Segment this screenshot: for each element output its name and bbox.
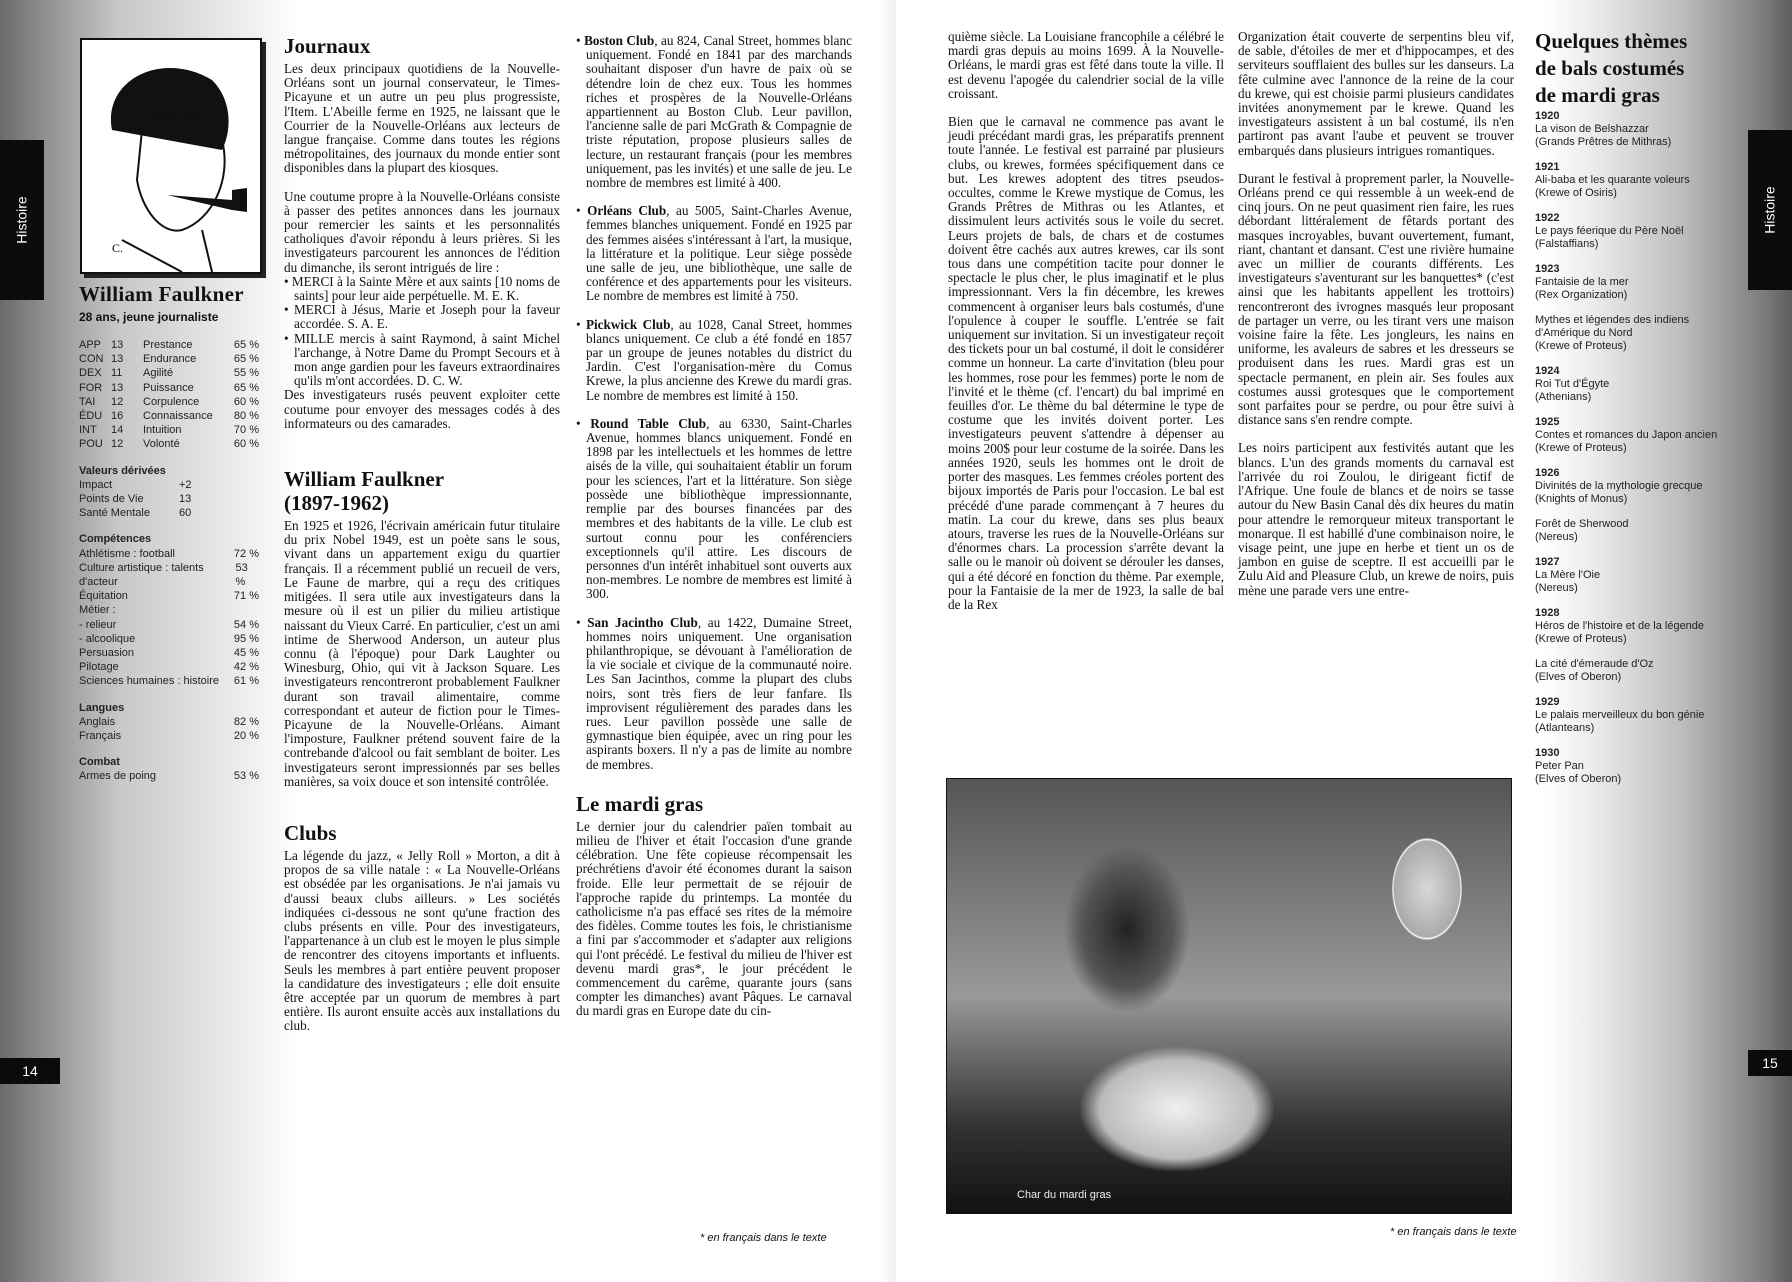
characteristic-val: 13 xyxy=(111,352,143,366)
heading-mardi-gras: Le mardi gras xyxy=(576,792,852,816)
characteristic-label: Intuition xyxy=(143,423,223,437)
theme-item: 1924Roi Tut d'Égyte(Athenians) xyxy=(1535,365,1730,404)
skills-pct: 53 % xyxy=(235,561,259,589)
page-number-left: 14 xyxy=(0,1058,60,1084)
theme-item: 1922Le pays féerique du Père Noël(Falsta… xyxy=(1535,212,1730,251)
page-number-right: 15 xyxy=(1748,1050,1792,1076)
theme-item: 1923Fantaisie de la mer(Rex Organization… xyxy=(1535,263,1730,302)
skills-row: Équitation71 % xyxy=(79,589,259,603)
clubs-intro: La légende du jazz, « Jelly Roll » Morto… xyxy=(284,849,560,1034)
derived-row: Points de Vie13 xyxy=(79,492,259,506)
theme-name: Ali-baba et les quarante voleurs xyxy=(1535,174,1730,187)
column-clubs-list: Boston Club, au 824, Canal Street, homme… xyxy=(576,34,852,1033)
theme-krewe: (Nereus) xyxy=(1535,582,1730,595)
club-entry: Round Table Club, au 6330, Saint-Charles… xyxy=(576,417,852,602)
theme-item: 1921Ali-baba et les quarante voleurs(Kre… xyxy=(1535,161,1730,200)
character-subtitle: 28 ans, jeune journaliste xyxy=(79,310,218,324)
skills-label: Persuasion xyxy=(79,646,134,660)
theme-name: La Mère l'Oie xyxy=(1535,569,1730,582)
theme-name: La cité d'émeraude d'Oz xyxy=(1535,658,1730,671)
club-name: Round Table Club xyxy=(590,416,706,431)
derived-row: Impact+2 xyxy=(79,478,259,492)
characteristic-row: APP13Prestance65 % xyxy=(79,338,259,352)
characteristic-pct: 60 % xyxy=(223,395,259,409)
characteristic-abbr: DEX xyxy=(79,366,111,380)
skills-label: - relieur xyxy=(79,618,116,632)
theme-item: 1925Contes et romances du Japon ancien(K… xyxy=(1535,416,1730,455)
mardi-gras-text: Le dernier jour du calendrier païen tomb… xyxy=(576,820,852,1019)
skills-label: Équitation xyxy=(79,589,128,603)
skills-row: Athlétisme : football72 % xyxy=(79,547,259,561)
characteristic-label: Prestance xyxy=(143,338,223,352)
club-entry: San Jacintho Club, au 1422, Dumaine Stre… xyxy=(576,616,852,772)
characteristic-val: 14 xyxy=(111,423,143,437)
journaux-ads-list: MERCI à la Sainte Mère et aux saints [10… xyxy=(284,275,560,389)
derived-value: 60 xyxy=(179,506,219,520)
characteristic-pct: 65 % xyxy=(223,352,259,366)
journaux-paragraph: Les deux principaux quotidiens de la Nou… xyxy=(284,62,560,176)
combat-title: Combat xyxy=(79,755,259,769)
theme-name: Peter Pan xyxy=(1535,760,1730,773)
characteristic-row: TAI12Corpulence60 % xyxy=(79,395,259,409)
characteristic-pct: 55 % xyxy=(223,366,259,380)
portrait-sketch-icon: C. xyxy=(82,40,260,272)
club-description: , au 5005, Saint-Charles Avenue, femmes … xyxy=(586,203,852,303)
theme-krewe: (Krewe of Proteus) xyxy=(1535,340,1730,353)
theme-year: 1928 xyxy=(1535,607,1730,620)
characteristic-row: DEX11Agilité55 % xyxy=(79,366,259,380)
theme-krewe: (Falstaffians) xyxy=(1535,238,1730,251)
characteristic-abbr: POU xyxy=(79,437,111,451)
theme-name: Contes et romances du Japon ancien xyxy=(1535,429,1730,442)
characteristic-label: Volonté xyxy=(143,437,223,451)
theme-krewe: (Elves of Oberon) xyxy=(1535,671,1730,684)
characteristic-abbr: CON xyxy=(79,352,111,366)
club-entry: Pickwick Club, au 1028, Canal Street, ho… xyxy=(576,318,852,403)
skills-label: Culture artistique : talents d'acteur xyxy=(79,561,235,589)
mardi-gras-text: Organization était couverte de serpentin… xyxy=(1238,30,1514,158)
mardi-gras-text: Les noirs participent aux festivités aut… xyxy=(1238,441,1514,597)
characteristic-label: Corpulence xyxy=(143,395,223,409)
characteristic-pct: 80 % xyxy=(223,409,259,423)
column-mardi-gras-1: quième siècle. La Louisiane francophile … xyxy=(948,30,1224,626)
ad-item: MERCI à la Sainte Mère et aux saints [10… xyxy=(284,275,560,303)
faulkner-bio-text: En 1925 et 1926, l'écrivain américain fu… xyxy=(284,519,560,789)
skills-label: Pilotage xyxy=(79,660,119,674)
skills-row: Culture artistique : talents d'acteur53 … xyxy=(79,561,259,589)
skills-pct: 95 % xyxy=(234,632,259,646)
characteristic-abbr: APP xyxy=(79,338,111,352)
footnote-left: * en français dans le texte xyxy=(700,1232,827,1244)
characteristic-pct: 70 % xyxy=(223,423,259,437)
characteristic-abbr: FOR xyxy=(79,381,111,395)
left-page: Histoire 14 C. William Faulkner 28 ans, … xyxy=(0,0,896,1282)
ad-item: MILLE mercis à saint Raymond, à saint Mi… xyxy=(284,332,560,389)
theme-krewe: (Nereus) xyxy=(1535,531,1730,544)
derived-label: Impact xyxy=(79,478,179,492)
theme-item: Forêt de Sherwood(Nereus) xyxy=(1535,518,1730,544)
faulkner-portrait: C. xyxy=(80,38,262,274)
journaux-paragraph: Une coutume propre à la Nouvelle-Orléans… xyxy=(284,190,560,275)
club-name: Orléans Club xyxy=(587,203,666,218)
theme-krewe: (Krewe of Proteus) xyxy=(1535,442,1730,455)
themes-list: 1920La vison de Belshazzar(Grands Prêtre… xyxy=(1535,110,1730,798)
languages-title: Langues xyxy=(79,701,259,715)
mardi-gras-text: quième siècle. La Louisiane francophile … xyxy=(948,30,1224,101)
theme-year: 1921 xyxy=(1535,161,1730,174)
characteristic-label: Puissance xyxy=(143,381,223,395)
theme-year: 1922 xyxy=(1535,212,1730,225)
theme-name: Mythes et légendes des indiens d'Amériqu… xyxy=(1535,314,1730,340)
club-entry: Orléans Club, au 5005, Saint-Charles Ave… xyxy=(576,204,852,303)
languages-label: Français xyxy=(79,729,121,743)
characteristic-abbr: TAI xyxy=(79,395,111,409)
skills-pct: 45 % xyxy=(234,646,259,660)
skills-pct: 71 % xyxy=(234,589,259,603)
character-stats: APP13Prestance65 %CON13Endurance65 %DEX1… xyxy=(79,338,259,784)
theme-year: 1926 xyxy=(1535,467,1730,480)
characteristic-abbr: ÉDU xyxy=(79,409,111,423)
club-description: , au 824, Canal Street, hommes blanc uni… xyxy=(586,33,852,190)
skills-label: Sciences humaines : histoire xyxy=(79,674,219,688)
theme-krewe: (Elves of Oberon) xyxy=(1535,773,1730,786)
combat-label: Armes de poing xyxy=(79,769,156,783)
derived-label: Points de Vie xyxy=(79,492,179,506)
skills-label: Métier : xyxy=(79,603,116,617)
derived-row: Santé Mentale60 xyxy=(79,506,259,520)
theme-name: Roi Tut d'Égyte xyxy=(1535,378,1730,391)
theme-year: 1930 xyxy=(1535,747,1730,760)
characteristic-row: ÉDU16Connaissance80 % xyxy=(79,409,259,423)
section-tab-left: Histoire xyxy=(0,140,44,300)
mardi-gras-text: Bien que le carnaval ne commence pas ava… xyxy=(948,115,1224,612)
theme-name: La vison de Belshazzar xyxy=(1535,123,1730,136)
characteristic-pct: 65 % xyxy=(223,338,259,352)
ad-item: MERCI à Jésus, Marie et Joseph pour la f… xyxy=(284,303,560,331)
languages-pct: 82 % xyxy=(234,715,259,729)
characteristic-val: 13 xyxy=(111,381,143,395)
theme-krewe: (Krewe of Osiris) xyxy=(1535,187,1730,200)
theme-year: 1927 xyxy=(1535,556,1730,569)
theme-name: Fantaisie de la mer xyxy=(1535,276,1730,289)
heading-journaux: Journaux xyxy=(284,34,560,58)
theme-year: 1923 xyxy=(1535,263,1730,276)
heading-faulkner: William Faulkner xyxy=(284,467,560,491)
characteristic-val: 12 xyxy=(111,395,143,409)
theme-krewe: (Atlanteans) xyxy=(1535,722,1730,735)
skills-pct: 72 % xyxy=(234,547,259,561)
skills-pct: 42 % xyxy=(234,660,259,674)
characteristic-row: FOR13Puissance65 % xyxy=(79,381,259,395)
languages-row: Anglais82 % xyxy=(79,715,259,729)
photo-caption: Char du mardi gras xyxy=(1017,1189,1111,1201)
theme-name: Forêt de Sherwood xyxy=(1535,518,1730,531)
theme-item: 1920La vison de Belshazzar(Grands Prêtre… xyxy=(1535,110,1730,149)
skills-row: - alcoolique95 % xyxy=(79,632,259,646)
theme-krewe: (Krewe of Proteus) xyxy=(1535,633,1730,646)
club-name: Boston Club xyxy=(584,33,654,48)
characteristic-val: 11 xyxy=(111,366,143,380)
theme-item: La cité d'émeraude d'Oz(Elves of Oberon) xyxy=(1535,658,1730,684)
languages-row: Français20 % xyxy=(79,729,259,743)
skills-row: Métier : xyxy=(79,603,259,617)
character-name: William Faulkner xyxy=(79,282,244,307)
column-mardi-gras-2: Organization était couverte de serpentin… xyxy=(1238,30,1514,612)
theme-item: 1927La Mère l'Oie(Nereus) xyxy=(1535,556,1730,595)
derived-value: +2 xyxy=(179,478,219,492)
theme-item: 1926Divinités de la mythologie grecque(K… xyxy=(1535,467,1730,506)
languages-label: Anglais xyxy=(79,715,115,729)
themes-title: Quelques thèmes de bals costumés de mard… xyxy=(1535,28,1710,109)
derived-title: Valeurs dérivées xyxy=(79,464,259,478)
svg-text:C.: C. xyxy=(112,241,123,255)
journaux-paragraph: Des investigateurs rusés peuvent exploit… xyxy=(284,388,560,431)
section-tab-right: Histoire xyxy=(1748,130,1792,290)
theme-item: 1929Le palais merveilleux du bon génie(A… xyxy=(1535,696,1730,735)
combat-row: Armes de poing53 % xyxy=(79,769,259,783)
characteristic-pct: 65 % xyxy=(223,381,259,395)
characteristic-row: INT14Intuition70 % xyxy=(79,423,259,437)
club-name: San Jacintho Club xyxy=(587,615,698,630)
mardi-gras-float-photo: Char du mardi gras xyxy=(946,778,1512,1214)
heading-faulkner-dates: (1897-1962) xyxy=(284,491,560,515)
skills-row: - relieur54 % xyxy=(79,618,259,632)
column-journaux: Journaux Les deux principaux quotidiens … xyxy=(284,34,560,1048)
club-description: , au 6330, Saint-Charles Avenue, hommes … xyxy=(586,416,852,601)
skills-pct: 54 % xyxy=(234,618,259,632)
skills-label: Athlétisme : football xyxy=(79,547,175,561)
theme-item: 1928Héros de l'histoire et de la légende… xyxy=(1535,607,1730,646)
club-description: , au 1422, Dumaine Street, hommes noirs … xyxy=(586,615,852,772)
heading-clubs: Clubs xyxy=(284,821,560,845)
theme-name: Divinités de la mythologie grecque xyxy=(1535,480,1730,493)
skills-label: - alcoolique xyxy=(79,632,135,646)
theme-name: Le pays féerique du Père Noël xyxy=(1535,225,1730,238)
mardi-gras-text: Durant le festival à proprement parler, … xyxy=(1238,172,1514,428)
theme-name: Le palais merveilleux du bon génie xyxy=(1535,709,1730,722)
derived-value: 13 xyxy=(179,492,219,506)
theme-krewe: (Rex Organization) xyxy=(1535,289,1730,302)
characteristic-val: 13 xyxy=(111,338,143,352)
characteristic-label: Endurance xyxy=(143,352,223,366)
characteristic-row: POU12Volonté60 % xyxy=(79,437,259,451)
characteristic-pct: 60 % xyxy=(223,437,259,451)
theme-item: Mythes et légendes des indiens d'Amériqu… xyxy=(1535,314,1730,353)
languages-pct: 20 % xyxy=(234,729,259,743)
theme-year: 1920 xyxy=(1535,110,1730,123)
characteristic-val: 12 xyxy=(111,437,143,451)
theme-year: 1924 xyxy=(1535,365,1730,378)
footnote-right: * en français dans le texte xyxy=(1390,1226,1517,1238)
theme-name: Héros de l'histoire et de la légende xyxy=(1535,620,1730,633)
derived-label: Santé Mentale xyxy=(79,506,179,520)
skills-row: Sciences humaines : histoire61 % xyxy=(79,674,259,688)
theme-krewe: (Grands Prêtres de Mithras) xyxy=(1535,136,1730,149)
characteristic-row: CON13Endurance65 % xyxy=(79,352,259,366)
theme-item: 1930Peter Pan(Elves of Oberon) xyxy=(1535,747,1730,786)
skills-pct: 61 % xyxy=(234,674,259,688)
theme-year: 1925 xyxy=(1535,416,1730,429)
characteristic-label: Agilité xyxy=(143,366,223,380)
skills-row: Persuasion45 % xyxy=(79,646,259,660)
club-entry: Boston Club, au 824, Canal Street, homme… xyxy=(576,34,852,190)
characteristic-abbr: INT xyxy=(79,423,111,437)
theme-krewe: (Athenians) xyxy=(1535,391,1730,404)
characteristic-val: 16 xyxy=(111,409,143,423)
combat-pct: 53 % xyxy=(234,769,259,783)
theme-krewe: (Knights of Monus) xyxy=(1535,493,1730,506)
skills-row: Pilotage42 % xyxy=(79,660,259,674)
characteristic-label: Connaissance xyxy=(143,409,223,423)
club-name: Pickwick Club xyxy=(586,317,670,332)
skills-title: Compétences xyxy=(79,532,259,546)
theme-year: 1929 xyxy=(1535,696,1730,709)
